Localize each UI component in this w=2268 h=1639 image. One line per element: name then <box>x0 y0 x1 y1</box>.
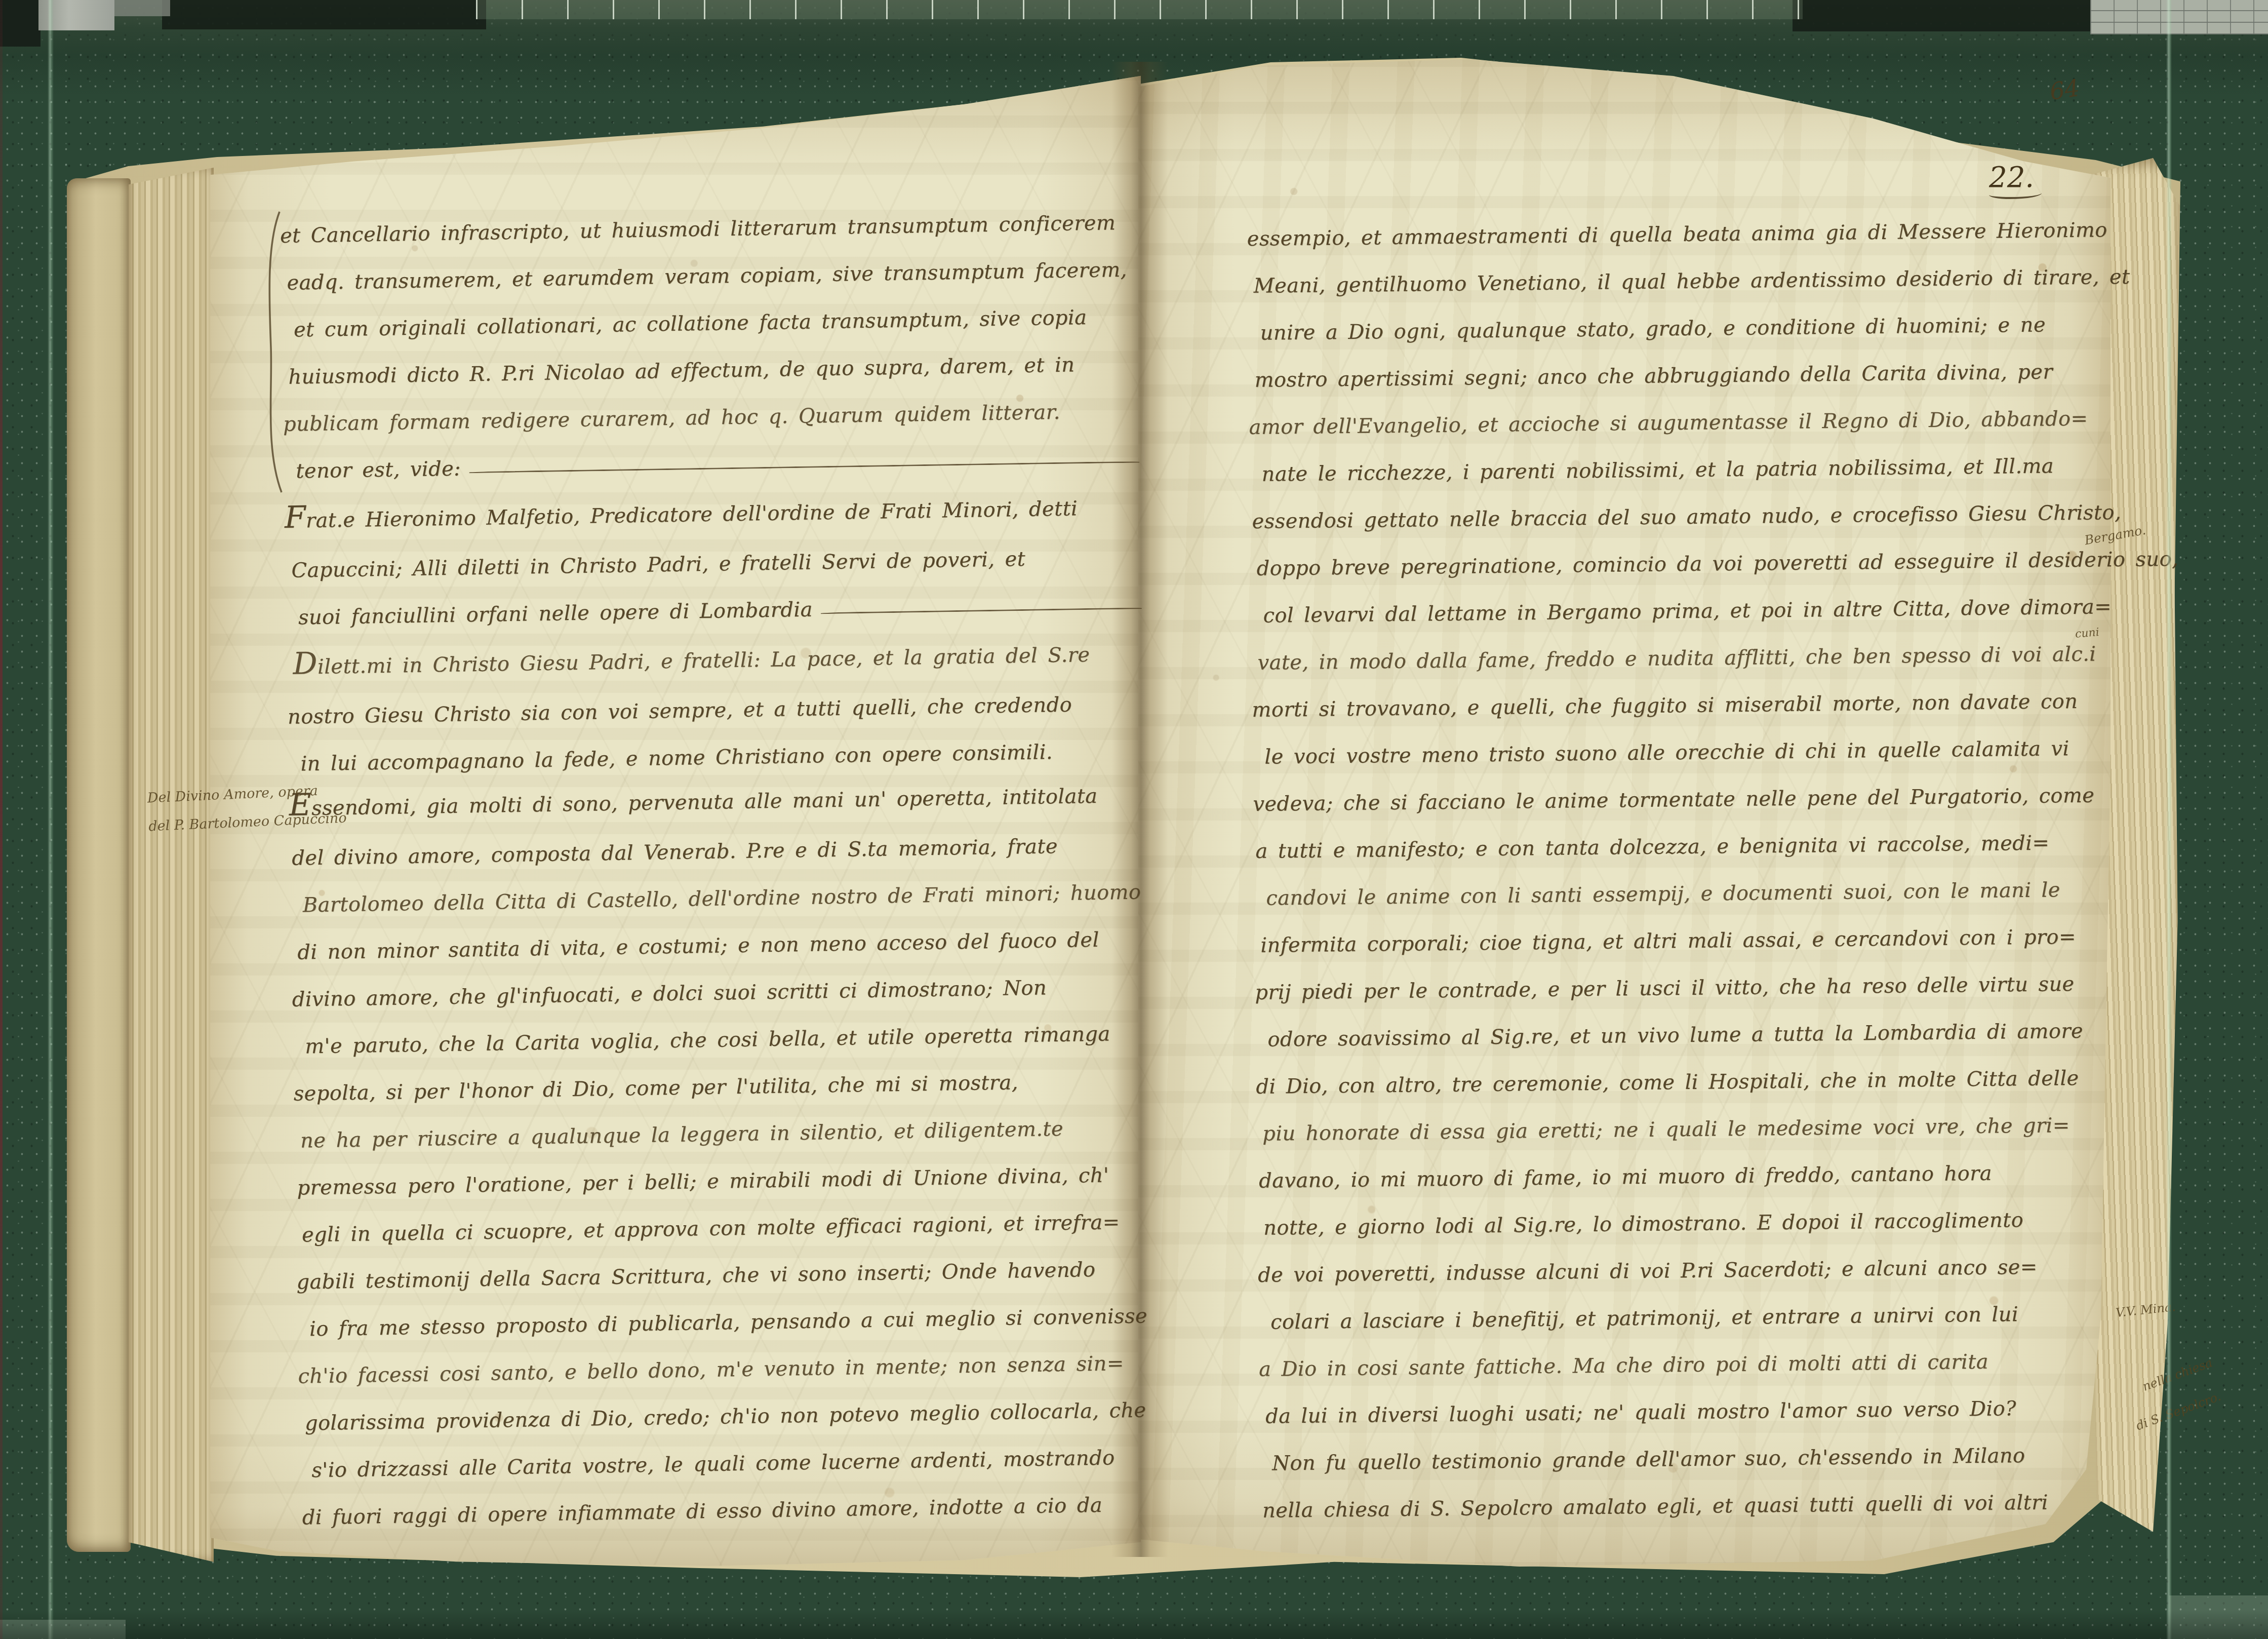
manuscript-line: colari a lasciare i benefitij, et patrim… <box>1258 1278 2114 1334</box>
margin-note-superscript: cuni <box>2075 626 2100 641</box>
manuscript-line: da lui in diversi luoghi usati; ne' qual… <box>1259 1372 2115 1428</box>
top-right-dark-patch <box>1793 0 2096 31</box>
manuscript-line: vedeva; che si facciano le anime torment… <box>1253 760 2109 816</box>
manuscript-photo: et Cancellario infrascripto, ut huiusmod… <box>0 0 2268 1639</box>
manuscript-line: odore soavissimo al Sig.re, et un vivo l… <box>1255 995 2112 1051</box>
left-edge-red-line <box>0 0 3 1639</box>
manuscript-line: vate, in modo dalla fame, freddo e nudit… <box>1251 618 2107 675</box>
manuscript-line: col levarvi dal lettame in Bergamo prima… <box>1251 571 2107 628</box>
folio-number: 64 <box>2048 74 2081 105</box>
chapter-number: 22. <box>1989 161 2042 199</box>
left-page-text: et Cancellario infrascripto, ut huiusmod… <box>280 187 1161 1529</box>
handwritten-rule <box>821 607 1142 614</box>
glass-edge-right <box>2166 0 2172 1639</box>
manuscript-line: notte, e giorno lodi al Sig.re, lo dimos… <box>1257 1184 2113 1240</box>
manuscript-line: mostro apertissimi segni; anco che abbru… <box>1248 336 2104 392</box>
manuscript-line: nella chiesa di S. Sepolcro amalato egli… <box>1260 1466 2116 1523</box>
book-left-cover <box>67 178 131 1552</box>
manuscript-line: nate le ricchezze, i parenti nobilissimi… <box>1249 430 2105 486</box>
left-margin-note: Del Divino Amore, opera del P. Bartolome… <box>147 776 347 841</box>
chapter-number-text: 22. <box>1989 161 2034 194</box>
manuscript-line: davano, io mi muoro di fame, io mi muoro… <box>1256 1137 2113 1193</box>
manuscript-line: essendosi gettato nelle braccia del suo … <box>1250 477 2106 533</box>
glass-edge-left <box>48 0 54 1639</box>
manuscript-line: essempio, et ammaestramenti di quella be… <box>1247 194 2103 251</box>
top-middle-dark-patch <box>162 0 486 29</box>
manuscript-line: unire a Dio ogni, qualunque stato, grado… <box>1248 289 2104 345</box>
top-grille <box>476 0 1803 19</box>
bottom-shadow-band <box>0 1611 2268 1639</box>
top-left-dark-patch <box>0 0 41 47</box>
manuscript-line: doppo breve peregrinatione, comincio da … <box>1250 524 2106 580</box>
manuscript-line: piu honorate di essa gia eretti; ne i qu… <box>1256 1089 2113 1146</box>
right-page-text: essempio, et ammaestramenti di quella be… <box>1247 194 2116 1523</box>
manuscript-line: le voci vostre meno tristo suono alle or… <box>1252 713 2108 769</box>
manuscript-line: Meani, gentilhuomo Venetiano, il qual he… <box>1247 242 2103 298</box>
manuscript-line: infermita corporali; cioe tigna, et altr… <box>1254 901 2111 957</box>
manuscript-line: amor dell'Evangelio, et accioche si augu… <box>1249 383 2105 439</box>
manuscript-line: de voi poveretti, indusse alcuni di voi … <box>1257 1231 2114 1287</box>
manuscript-line: morti si trovavano, e quelli, che fuggit… <box>1252 666 2108 722</box>
manuscript-line: prij piedi per le contrade, e per li usc… <box>1255 948 2111 1004</box>
manuscript-line: a Dio in cosi sante fattiche. Ma che dir… <box>1258 1325 2115 1381</box>
manuscript-line: a tutti e manifesto; e con tanta dolcezz… <box>1253 807 2110 863</box>
manuscript-line: Non fu quello testimonio grande dell'amo… <box>1259 1419 2116 1475</box>
left-page-edges <box>129 162 214 1566</box>
handwritten-rule <box>469 461 1139 473</box>
top-right-brick-wall <box>2090 0 2268 34</box>
manuscript-line: candovi le anime con li santi essempij, … <box>1254 854 2110 910</box>
manuscript-line: di Dio, con altro, tre ceremonie, come l… <box>1256 1042 2112 1099</box>
top-left-grey-slab-small <box>114 0 170 16</box>
